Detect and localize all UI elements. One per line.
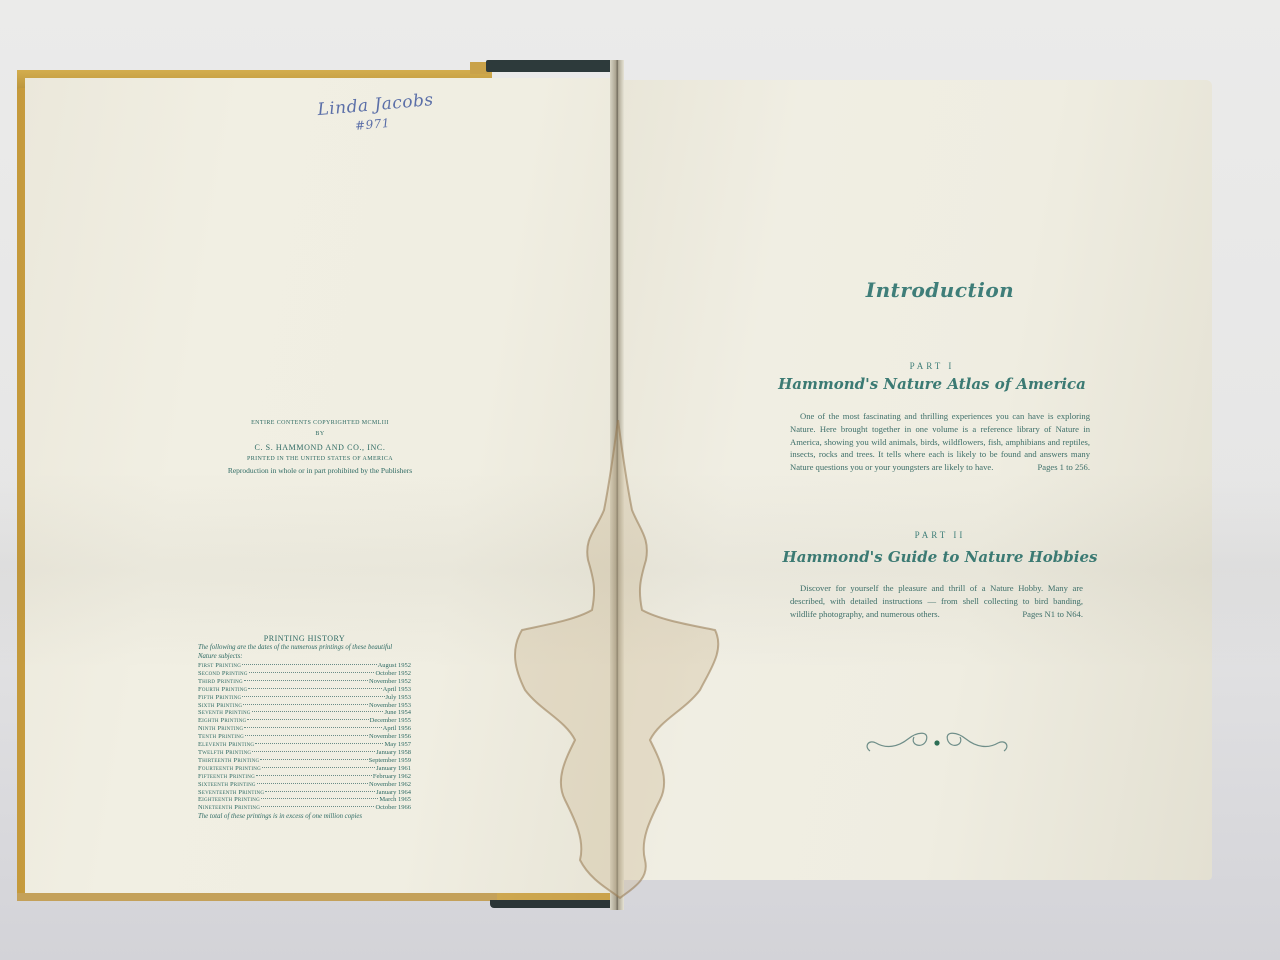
part-1-body: One of the most fascinating and thrillin… <box>790 410 1090 474</box>
leader-dots <box>248 688 381 689</box>
printing-label: Sixth Printing <box>198 702 242 710</box>
printing-history-rows: First PrintingAugust 1952Second Printing… <box>198 662 411 812</box>
part-1-label: PART I <box>762 361 1102 371</box>
printing-label: Fourteenth Printing <box>198 765 261 773</box>
printing-date: January 1958 <box>376 749 411 757</box>
leader-dots <box>260 759 367 760</box>
part-1-pages: Pages 1 to 256. <box>1027 461 1090 474</box>
printing-label: First Printing <box>198 662 241 670</box>
leader-dots <box>252 751 375 752</box>
leader-dots <box>261 806 374 807</box>
printing-label: Seventeenth Printing <box>198 789 264 797</box>
printing-date: May 1957 <box>384 741 411 749</box>
printing-row: Third PrintingNovember 1952 <box>198 678 411 686</box>
printing-date: March 1965 <box>379 796 411 804</box>
printing-date: April 1953 <box>383 686 411 694</box>
leader-dots <box>265 791 375 792</box>
printing-date: January 1964 <box>376 789 411 797</box>
printing-label: Nineteenth Printing <box>198 804 260 812</box>
printing-date: December 1955 <box>370 717 411 725</box>
printing-date: October 1966 <box>375 804 411 812</box>
part-2-title: Hammond's Guide to Nature Hobbies <box>760 548 1120 566</box>
printing-row: Fifteenth PrintingFebruary 1962 <box>198 773 411 781</box>
printing-label: Ninth Printing <box>198 725 243 733</box>
leader-dots <box>257 783 368 784</box>
printing-date: November 1962 <box>369 781 411 789</box>
part-2-body: Discover for yourself the pleasure and t… <box>790 582 1083 620</box>
leader-dots <box>244 727 381 728</box>
printing-label: Tenth Printing <box>198 733 244 741</box>
printing-label: Seventh Printing <box>198 709 251 717</box>
printing-date: October 1952 <box>375 670 411 678</box>
printing-date: January 1961 <box>376 765 411 773</box>
printing-row: Fourth PrintingApril 1953 <box>198 686 411 694</box>
part-1-title: Hammond's Nature Atlas of America <box>752 375 1112 393</box>
leader-dots <box>244 680 368 681</box>
printing-row: Eighteenth PrintingMarch 1965 <box>198 796 411 804</box>
printing-date: September 1959 <box>369 757 411 765</box>
printing-history: Printing History The following are the d… <box>198 633 411 822</box>
printing-label: Second Printing <box>198 670 248 678</box>
leader-dots <box>243 704 368 705</box>
part-2-pages: Pages N1 to N64. <box>1012 608 1083 621</box>
printing-label: Fifth Printing <box>198 694 241 702</box>
cover-gold-edge-bottom <box>17 893 497 901</box>
copyright-line: Entire contents copyrighted MCMLIII <box>190 418 450 429</box>
scroll-ornament-icon <box>862 725 1012 759</box>
part-2-label: PART II <box>770 530 1110 540</box>
printing-label: Eighth Printing <box>198 717 246 725</box>
printing-row: Sixteenth PrintingNovember 1962 <box>198 781 411 789</box>
printing-row: Seventeenth PrintingJanuary 1964 <box>198 789 411 797</box>
printing-label: Thirteenth Printing <box>198 757 259 765</box>
printing-date: April 1956 <box>383 725 411 733</box>
printing-date: November 1952 <box>369 678 411 686</box>
leader-dots <box>261 798 379 799</box>
copyright-block: Entire contents copyrighted MCMLIII by C… <box>190 418 450 477</box>
water-stain <box>510 420 730 900</box>
leader-dots <box>242 696 384 697</box>
printing-row: Eleventh PrintingMay 1957 <box>198 741 411 749</box>
printing-label: Sixteenth Printing <box>198 781 256 789</box>
reproduction-notice: Reproduction in whole or in part prohibi… <box>190 465 450 477</box>
printing-date: June 1954 <box>384 709 411 717</box>
printing-row: Eighth PrintingDecember 1955 <box>198 717 411 725</box>
printing-label: Twelfth Printing <box>198 749 251 757</box>
printing-label: Fifteenth Printing <box>198 773 255 781</box>
leader-dots <box>252 711 384 712</box>
open-book-photo: Linda Jacobs #971 Entire contents copyri… <box>0 0 1280 960</box>
printing-date: November 1953 <box>369 702 411 710</box>
printing-date: August 1952 <box>378 662 411 670</box>
spine-top <box>486 60 616 72</box>
leader-dots <box>255 743 383 744</box>
printing-row: Second PrintingOctober 1952 <box>198 670 411 678</box>
printing-row: Thirteenth PrintingSeptember 1959 <box>198 757 411 765</box>
printing-row: Ninth PrintingApril 1956 <box>198 725 411 733</box>
printing-history-title: Printing History <box>198 633 411 644</box>
printing-label: Eleventh Printing <box>198 741 254 749</box>
printing-label: Fourth Printing <box>198 686 247 694</box>
printing-label: Third Printing <box>198 678 243 686</box>
printing-date: February 1962 <box>373 773 411 781</box>
printing-history-intro: The following are the dates of the numer… <box>198 644 411 661</box>
printing-row: Tenth PrintingNovember 1956 <box>198 733 411 741</box>
leader-dots <box>242 664 377 665</box>
leader-dots <box>256 775 372 776</box>
printing-row: Twelfth PrintingJanuary 1958 <box>198 749 411 757</box>
printing-date: November 1956 <box>369 733 411 741</box>
printing-row: Sixth PrintingNovember 1953 <box>198 702 411 710</box>
printing-label: Eighteenth Printing <box>198 796 260 804</box>
printing-row: Seventh PrintingJune 1954 <box>198 709 411 717</box>
printing-history-total: The total of these printings is in exces… <box>198 812 411 822</box>
copyright-by: by <box>190 429 450 440</box>
leader-dots <box>247 719 368 720</box>
leader-dots <box>249 672 375 673</box>
introduction-title: Introduction <box>780 278 1100 302</box>
printing-row: Nineteenth PrintingOctober 1966 <box>198 804 411 812</box>
spine-bottom <box>490 900 620 908</box>
publisher-name: C. S. Hammond and Co., Inc. <box>190 442 450 454</box>
printing-row: First PrintingAugust 1952 <box>198 662 411 670</box>
leader-dots <box>245 735 368 736</box>
printed-in: Printed in the United States of America <box>190 454 450 465</box>
leader-dots <box>262 767 375 768</box>
printing-row: Fourteenth PrintingJanuary 1961 <box>198 765 411 773</box>
printing-date: July 1953 <box>386 694 411 702</box>
printing-row: Fifth PrintingJuly 1953 <box>198 694 411 702</box>
